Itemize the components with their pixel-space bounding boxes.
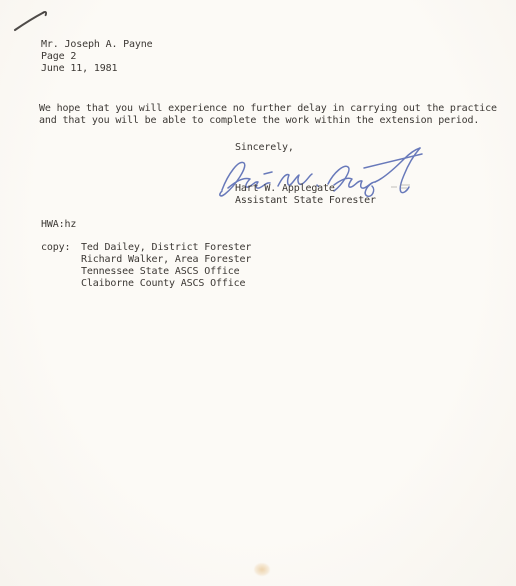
copy-block: copy: Ted Dailey, District Forester Rich… <box>41 242 251 290</box>
stain-mark <box>254 563 270 576</box>
reference-initials: HWA:hz <box>41 219 76 231</box>
body-paragraph: We hope that you will experience no furt… <box>39 103 497 127</box>
copy-recipient: Ted Dailey, District Forester <box>81 242 251 254</box>
pen-mark <box>11 6 53 36</box>
address-block: Mr. Joseph A. Payne Page 2 June 11, 1981 <box>41 39 153 75</box>
recipient-name: Mr. Joseph A. Payne <box>41 39 153 51</box>
copy-label: copy: <box>41 242 81 290</box>
copy-recipient: Tennessee State ASCS Office <box>81 266 251 278</box>
copy-recipient-list: Ted Dailey, District Forester Richard Wa… <box>81 242 251 290</box>
pencil-smudge <box>389 180 415 192</box>
letter-page: Mr. Joseph A. Payne Page 2 June 11, 1981… <box>0 0 516 586</box>
body-line-1: We hope that you will experience no furt… <box>39 103 497 115</box>
body-line-2: and that you will be able to complete th… <box>39 115 497 127</box>
letter-date: June 11, 1981 <box>41 63 153 75</box>
copy-recipient: Richard Walker, Area Forester <box>81 254 251 266</box>
copy-recipient: Claiborne County ASCS Office <box>81 278 251 290</box>
signer-name: Hart W. Applegate <box>235 183 335 195</box>
page-number: Page 2 <box>41 51 153 63</box>
signer-title: Assistant State Forester <box>235 195 376 207</box>
